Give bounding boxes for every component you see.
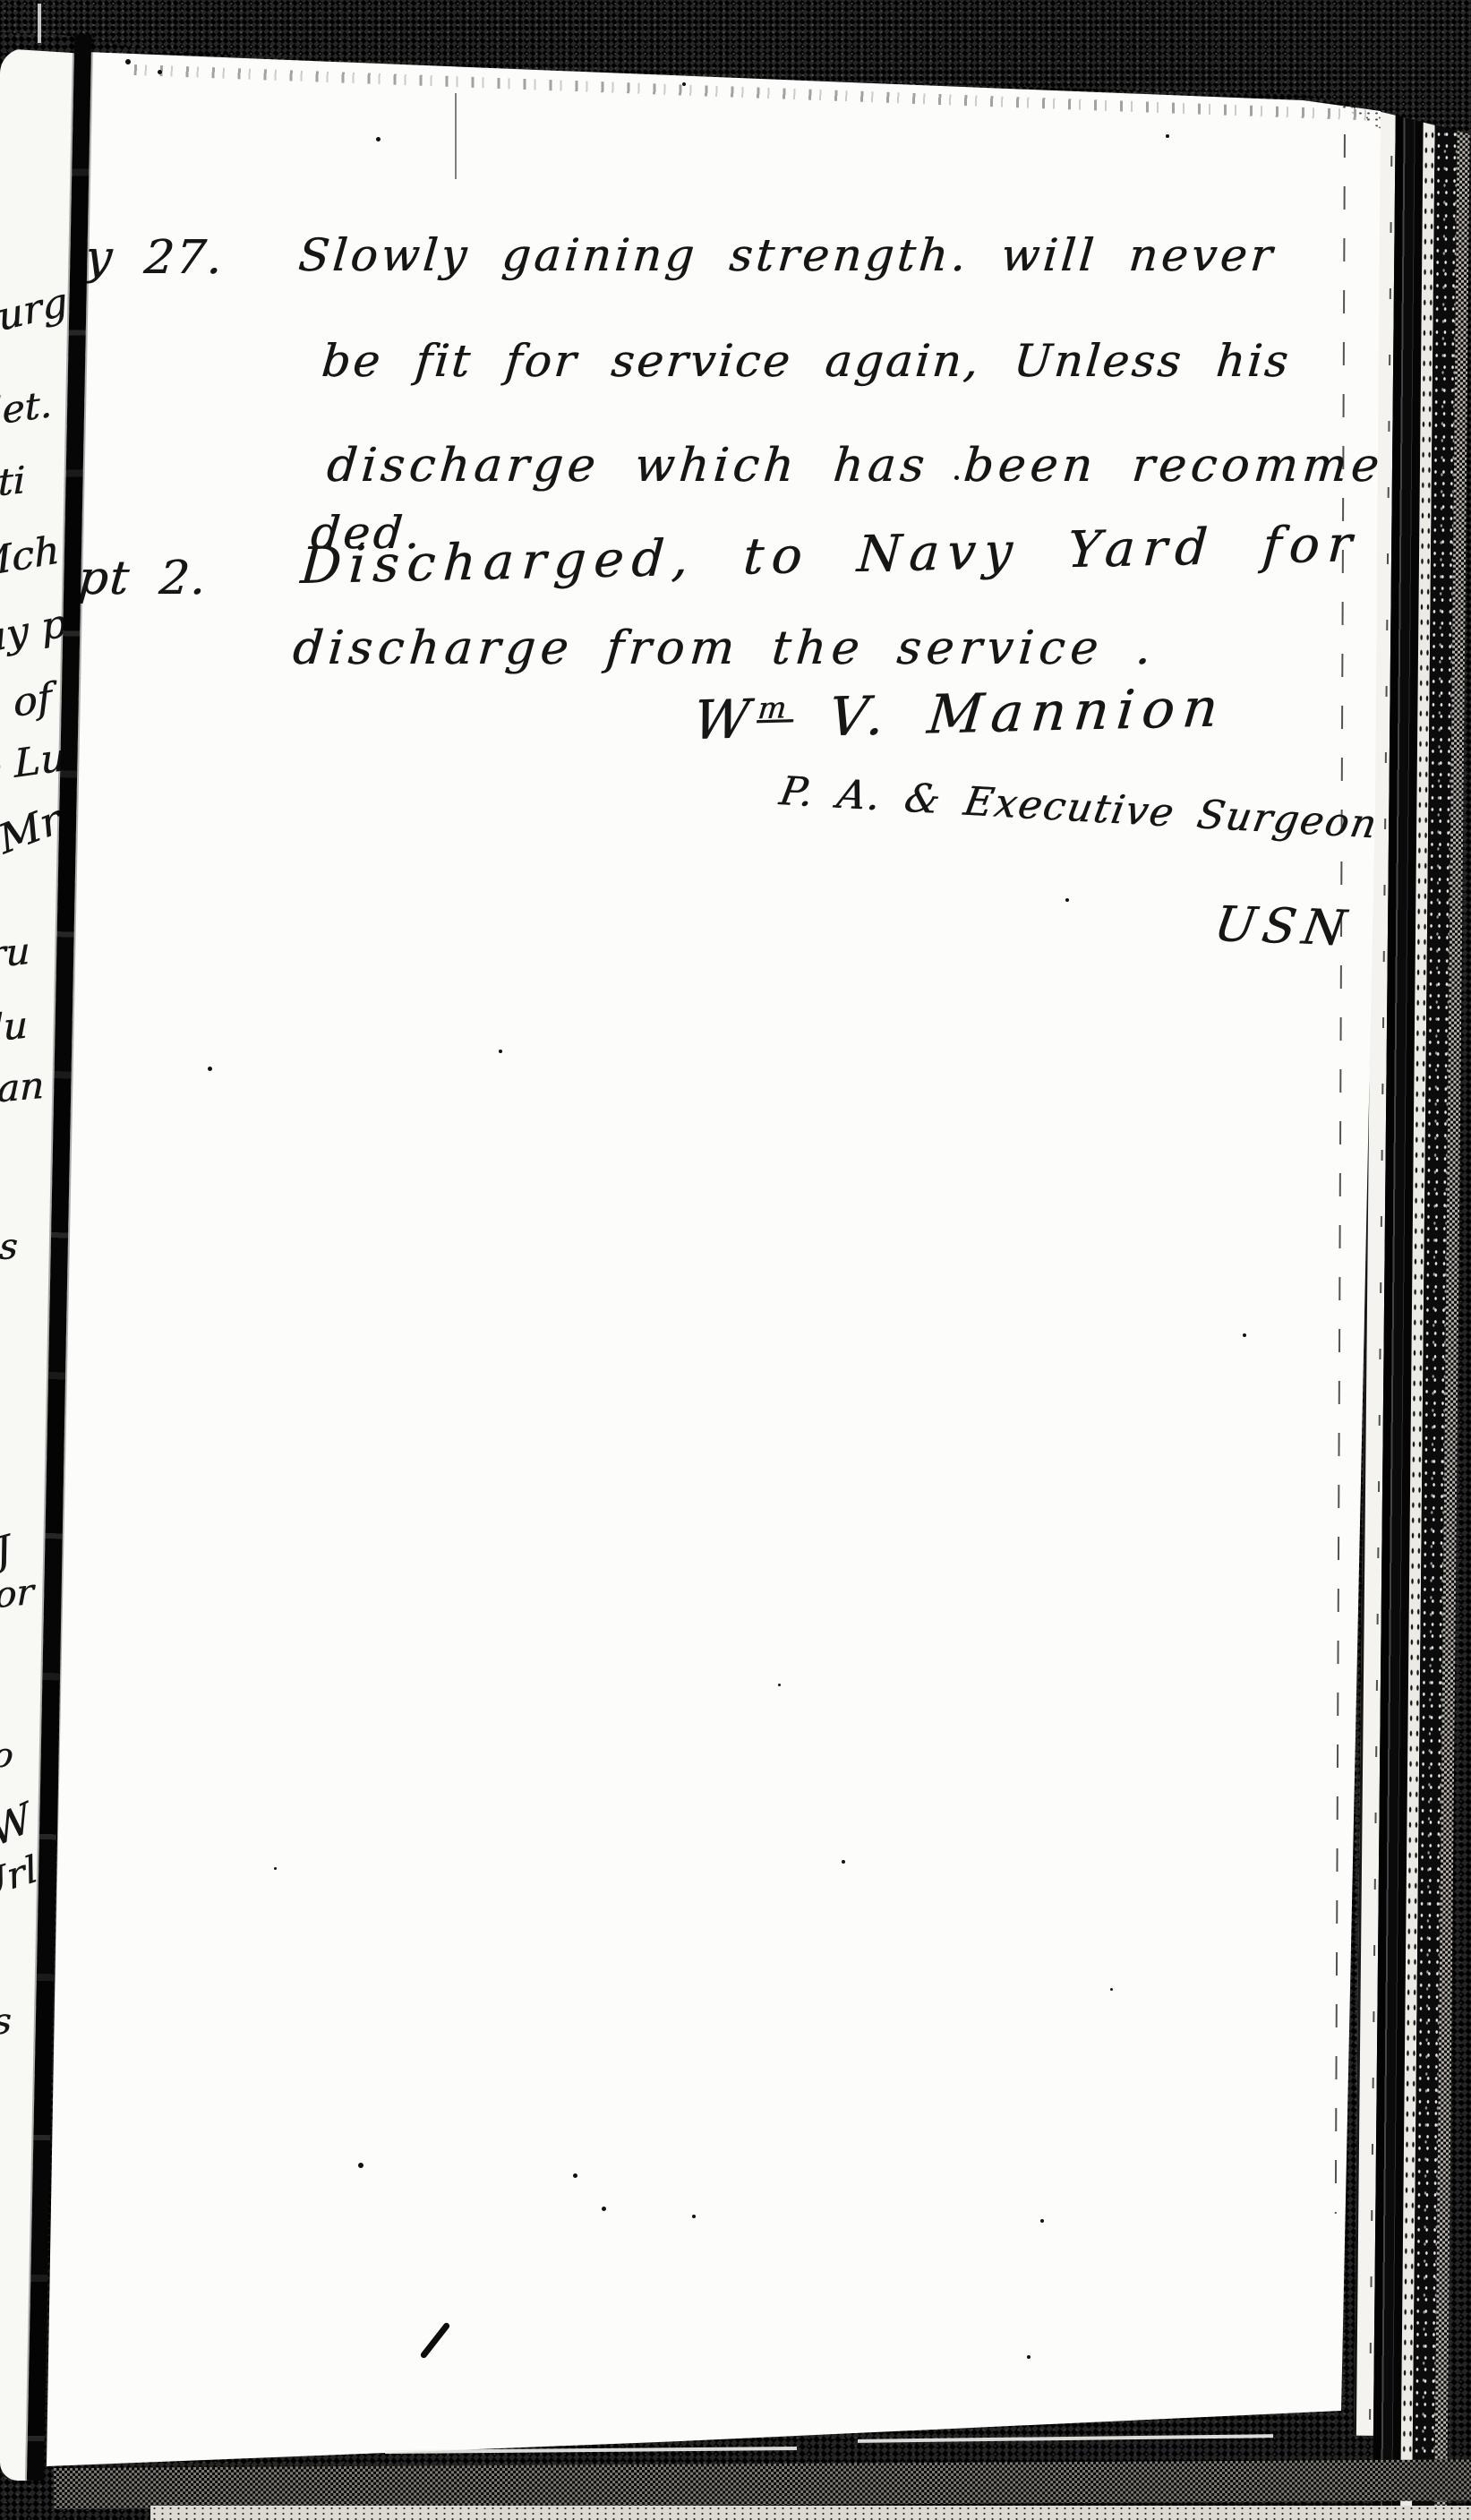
journal-page: y 27. Slowly gaining strength. will neve… (0, 0, 1471, 2520)
ink-speck (682, 82, 686, 86)
entry-line: discharge from the service . (291, 621, 1159, 675)
margin-text-fragment: lu (0, 1003, 28, 1050)
ink-speck (778, 1684, 781, 1686)
book-scan: Surglet.itiMchay p- ofo LuMrruluhanesJao… (0, 0, 1471, 2520)
ink-speck (158, 70, 162, 74)
margin-text-fragment: es (0, 1226, 18, 1270)
margin-text-fragment: ru (0, 929, 30, 977)
ink-speck (274, 1867, 277, 1870)
margin-text-fragment: aor (0, 1572, 33, 1619)
scan-bottom-surface (150, 2506, 1471, 2520)
margin-text-fragment: s (0, 2001, 12, 2044)
signature-initial: W (690, 688, 760, 752)
ink-speck (1040, 2219, 1044, 2223)
ink-speck (208, 1067, 212, 1071)
margin-text-fragment: J (0, 1527, 14, 1575)
margin-text-fragment: iti (0, 458, 25, 505)
entry-date: y 27. (83, 231, 227, 285)
scan-artifact-line (455, 93, 457, 179)
margin-text-fragment: Mr (0, 795, 66, 863)
entry-line: be fit for service again, Unless his (320, 335, 1293, 387)
scan-bottom-halftone (54, 2459, 1471, 2509)
ink-speck (602, 2207, 606, 2211)
ink-speck (842, 1860, 845, 1864)
signature-rest: V. Mannion (790, 677, 1228, 750)
scan-corner-mark (38, 4, 41, 43)
signature-organization: USN (1210, 896, 1356, 956)
ink-speck (1110, 1988, 1113, 1991)
ink-speck (1065, 898, 1069, 902)
ink-speck (692, 2215, 696, 2218)
margin-text-fragment: - of (0, 675, 53, 732)
margin-text-fragment: let. (0, 381, 53, 433)
ink-speck (499, 1050, 502, 1053)
ink-speck (358, 2163, 363, 2168)
entry-line: Slowly gaining strength. will never (296, 229, 1278, 281)
ink-speck (125, 59, 131, 64)
entry-line: discharge which has been recommen- (325, 439, 1441, 493)
ink-speck (1027, 2355, 1031, 2359)
ink-speck (954, 476, 959, 480)
ink-speck (1166, 134, 1169, 138)
margin-text-fragment: Mch (0, 527, 61, 587)
margin-text-fragment: han (0, 1063, 45, 1113)
ink-speck (376, 137, 381, 141)
margin-text-fragment: o Lu (0, 734, 66, 792)
margin-text-fragment: ay p (0, 601, 69, 663)
signature-name: Wm V. Mannion (690, 677, 1228, 752)
entry-line: Discharged, to Navy Yard for (299, 515, 1362, 596)
ink-speck (1243, 1333, 1246, 1337)
signature-title: P. A. & Executive Surgeon (776, 768, 1381, 847)
ink-speck (573, 2173, 577, 2178)
signature-superscript: m (757, 690, 796, 725)
stray-pen-stroke (419, 2321, 450, 2359)
entry-date: pt 2. (76, 552, 210, 605)
margin-text-fragment: Surg (0, 279, 70, 347)
underlying-page-edge-line (1335, 82, 1346, 2214)
margin-text-fragment: o (0, 1736, 15, 1775)
